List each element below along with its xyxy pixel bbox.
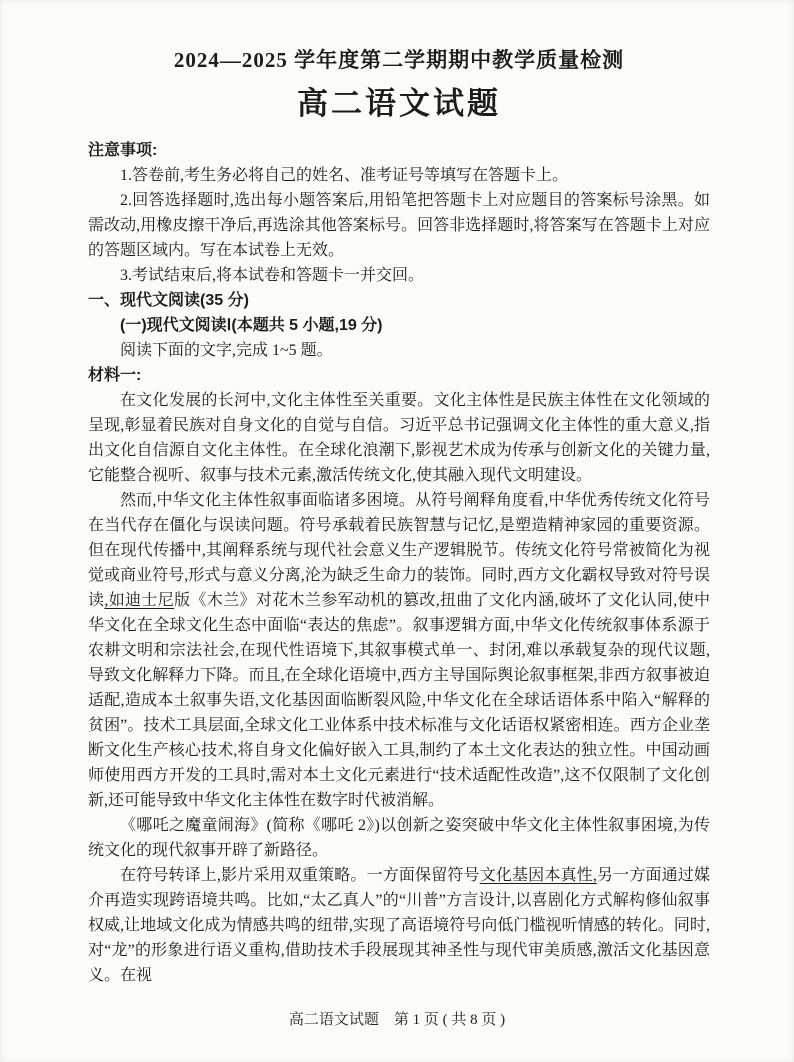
exam-paper-page: 2024—2025 学年度第二学期期中教学质量检测 高二语文试题 注意事项: 1… bbox=[0, 0, 794, 1062]
notice-heading: 注意事项: bbox=[88, 138, 710, 163]
passage-paragraph-4-underlined: 文化基因本真性, bbox=[480, 867, 597, 884]
passage-paragraph-2: 然而,中华文化主体性叙事面临诸多困境。从符号阐释角度看,中华优秀传统文化符号在当… bbox=[88, 488, 710, 813]
notice-item-3: 3.考试结束后,将本试卷和答题卡一并交回。 bbox=[88, 263, 710, 288]
exam-session-title: 2024—2025 学年度第二学期期中教学质量检测 bbox=[88, 46, 710, 74]
passage-paragraph-1: 在文化发展的长河中,文化主体性至关重要。文化主体性是民族主体性在文化领域的呈现,… bbox=[88, 388, 710, 488]
page-footer: 高二语文试题 第 1 页 ( 共 8 页 ) bbox=[0, 1010, 794, 1030]
passage-paragraph-2-underlined: ,如迪士尼 bbox=[104, 592, 174, 609]
reading-instruction: 阅读下面的文字,完成 1~5 题。 bbox=[88, 338, 710, 363]
notice-item-2: 2.回答选择题时,选出每小题答案后,用铅笔把答题卡上对应题目的答案标号涂黑。如需… bbox=[88, 188, 710, 263]
subsection-heading-reading-1: (一)现代文阅读Ⅰ(本题共 5 小题,19 分) bbox=[88, 313, 710, 338]
exam-subject-title: 高二语文试题 bbox=[88, 84, 710, 124]
passage-paragraph-4-text-cont: 另一方面通过媒介再造实现跨语境共鸣。比如,“太乙真人”的“川普”方言设计,以喜剧… bbox=[88, 867, 710, 984]
passage-paragraph-2-text-cont: 版《木兰》对花木兰参军动机的篡改,扭曲了文化内涵,破坏了文化认同,使中华文化在全… bbox=[88, 592, 710, 809]
material-one-label: 材料一: bbox=[88, 363, 710, 388]
passage-paragraph-4-text: 在符号转译上,影片采用双重策略。一方面保留符号 bbox=[120, 867, 480, 884]
passage-paragraph-4: 在符号转译上,影片采用双重策略。一方面保留符号文化基因本真性,另一方面通过媒介再… bbox=[88, 863, 710, 988]
passage-paragraph-3: 《哪吒之魔童闹海》(简称《哪吒 2》)以创新之姿突破中华文化主体性叙事困境,为传… bbox=[88, 813, 710, 863]
notice-item-1: 1.答卷前,考生务必将自己的姓名、准考证号等填写在答题卡上。 bbox=[88, 163, 710, 188]
section-heading-modern-reading: 一、现代文阅读(35 分) bbox=[88, 288, 710, 313]
